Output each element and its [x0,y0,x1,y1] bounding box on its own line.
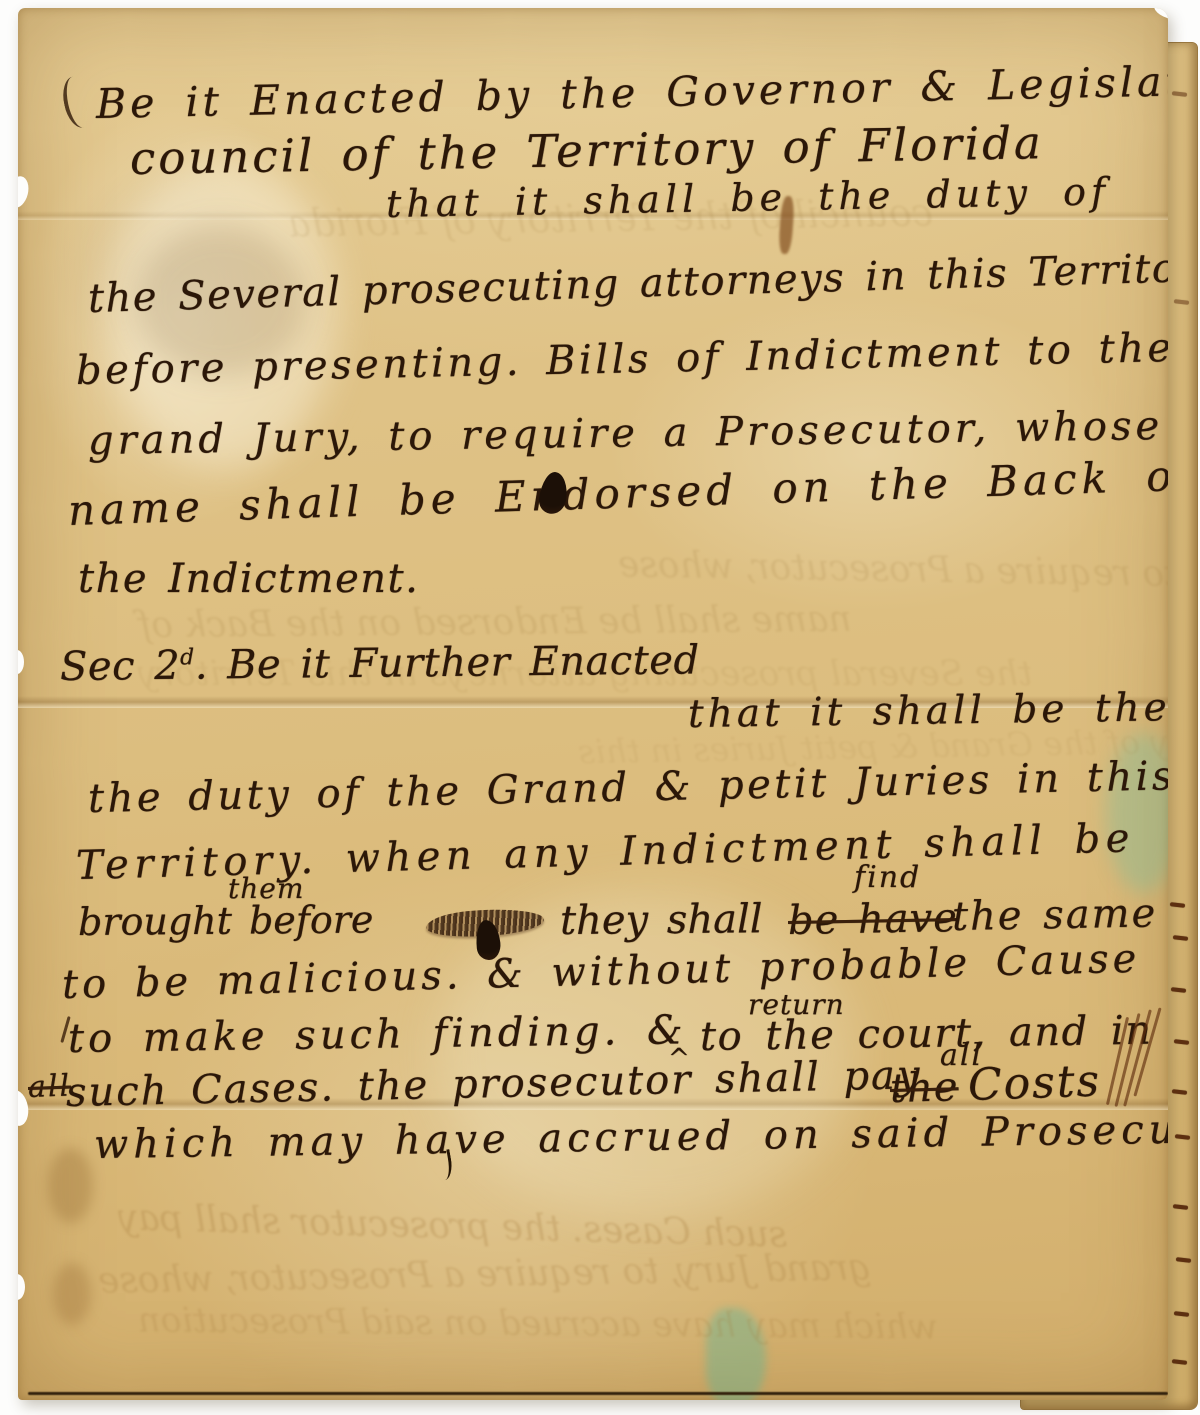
bleed-through-line: grand Jury, to require a Prosecutor, who… [618,544,1168,598]
section-2-number: Sec 2 [60,643,181,690]
paper-edge-shadow [28,1392,1168,1395]
flourish-mark [59,74,97,131]
handwritten-line-13a: brought before [78,897,374,944]
handwritten-line-13c: the same [952,890,1158,940]
handwritten-line-15a: to make such finding. & [68,1007,687,1062]
handwritten-line-15b: to the court, and in [700,1008,1153,1060]
section-2-superscript: d [180,645,195,670]
handwritten-line-13b: they shall [560,896,763,944]
paper-tear-notch [1153,8,1168,23]
strikethrough-be-have: be have [788,895,959,944]
blotch-bottom-left-2 [53,1263,91,1325]
paper-tear-notch [18,650,24,674]
handwritten-line-17: which may have accrued on said Prosecuti… [94,1105,1168,1168]
section-2-text: . Be it Further Enacted [194,637,699,688]
paper-tear-notch [18,174,32,210]
bleed-through-line: grand Jury, to require a Prosecutor, who… [98,1247,872,1301]
handwritten-line-16b: Costs [967,1055,1102,1111]
insertion-find: find [854,860,921,895]
paper-tear-notch [18,1274,25,1300]
strikethrough-the: the [889,1064,959,1112]
section-2-heading: Sec 2d. Be it Further Enacted [60,637,700,690]
handwritten-line-10: that it shall be the [688,685,1168,737]
paper-sheet: council of the Territory of Florida gran… [18,8,1168,1400]
handwritten-line-8: the Indictment. [78,556,419,602]
blotch-bottom-left-1 [48,1148,93,1223]
scanned-document-page: council of the Territory of Florida gran… [0,0,1200,1415]
bleed-through-line: which may have accrued on said Prosecuti… [138,1301,938,1348]
